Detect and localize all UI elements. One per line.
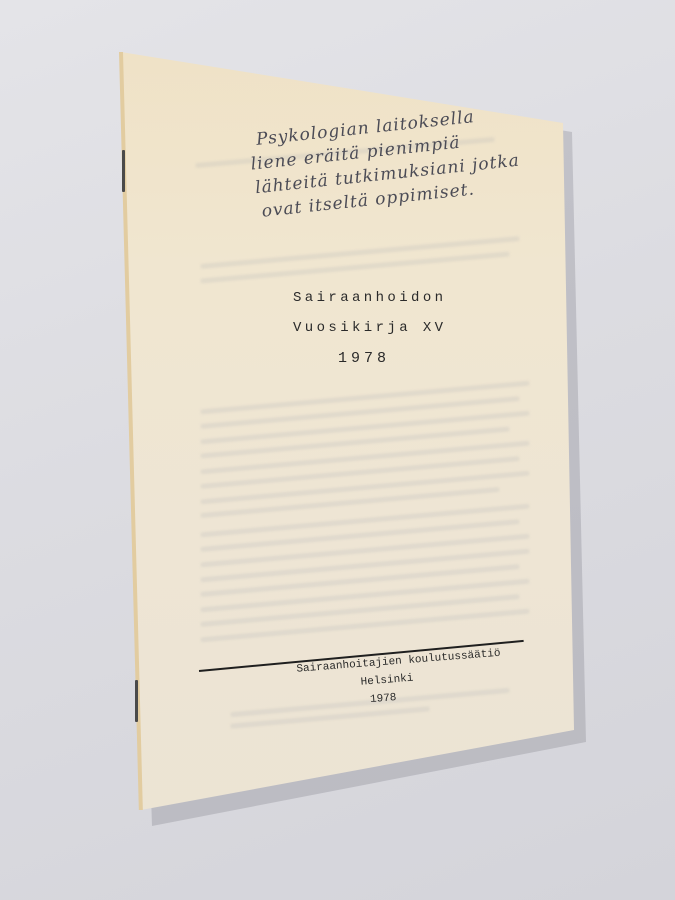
publisher-year: 1978 xyxy=(370,692,397,706)
staple-icon xyxy=(135,680,138,722)
cover-title-line-1: Sairaanhoidon xyxy=(293,290,446,306)
staple-icon xyxy=(122,150,125,192)
cover-title-line-2: Vuosikirja XV xyxy=(293,320,446,336)
cover-title-year: 1978 xyxy=(338,350,390,367)
